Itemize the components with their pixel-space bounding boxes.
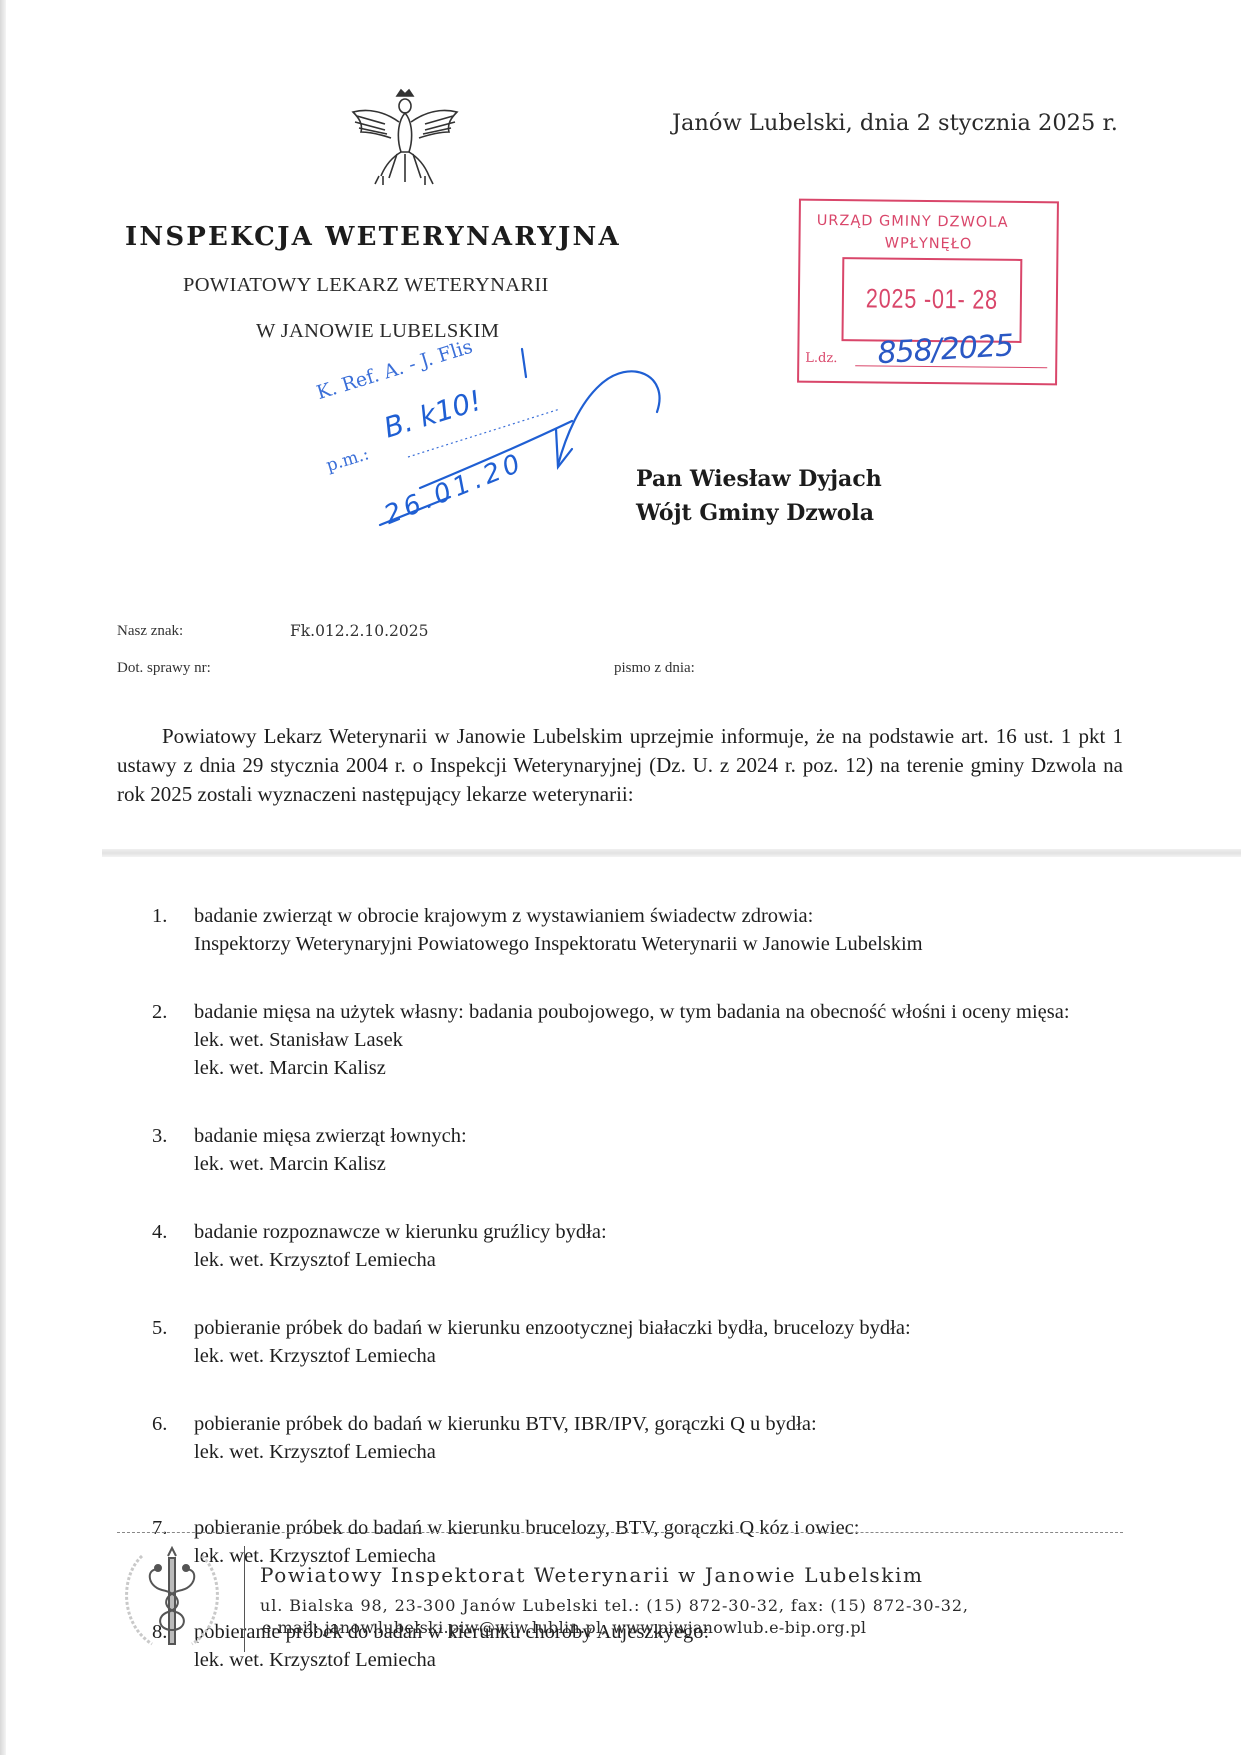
- routing-annotation: K. Ref. A. - J. Flis p.m.: B. k10! 26.01…: [300, 345, 680, 545]
- list-item-description: pobieranie próbek do badań w kierunku BT…: [194, 1410, 1130, 1438]
- list-item-description: badanie mięsa na użytek własny: badania …: [194, 998, 1130, 1026]
- scan-fold-line: [102, 849, 1241, 857]
- list-item-description: pobieranie próbek do badań w kierunku en…: [194, 1314, 1130, 1342]
- list-item-description: badanie zwierząt w obrocie krajowym z wy…: [194, 902, 1130, 930]
- assigned-veterinarian: lek. wet. Stanisław Lasek: [194, 1026, 1130, 1054]
- assigned-veterinarian: lek. wet. Krzysztof Lemiecha: [194, 1246, 1130, 1274]
- institution-title: INSPEKCJA WETERYNARYJNA: [125, 222, 621, 252]
- assignment-list: 1.badanie zwierząt w obrocie krajowym z …: [150, 862, 1130, 1674]
- footer-address: ul. Bialska 98, 23-300 Janów Lubelski te…: [260, 1596, 969, 1615]
- footer-divider: [244, 1546, 245, 1652]
- list-item: 4.badanie rozpoznawcze w kierunku gruźli…: [150, 1218, 1130, 1274]
- recipient-title: Wójt Gminy Dzwola: [636, 496, 882, 530]
- received-stamp: URZĄD GMINY DZWOLA WPŁYNĘŁO 2025 -01- 28…: [797, 199, 1059, 386]
- list-item: 3.badanie mięsa zwierząt łownych:lek. we…: [150, 1122, 1130, 1178]
- list-item-number: 1.: [152, 902, 167, 930]
- stamp-ldz-value: 858/2025: [876, 328, 1014, 371]
- assigned-veterinarian: lek. wet. Marcin Kalisz: [194, 1150, 1130, 1178]
- stamp-received-label: WPŁYNĘŁO: [800, 235, 1056, 254]
- list-item-description: badanie rozpoznawcze w kierunku gruźlicy…: [194, 1218, 1130, 1246]
- office-line-1: POWIATOWY LEKARZ WETERYNARII: [183, 274, 549, 297]
- letter-date-label: pismo z dnia:: [614, 660, 695, 677]
- list-item: 2.badanie mięsa na użytek własny: badani…: [150, 998, 1130, 1082]
- case-number-label: Dot. sprawy nr:: [117, 660, 211, 677]
- caduceus-wreath-logo-icon: [112, 1546, 232, 1651]
- footer-contact: e-mail: janow.lubelski.piw@wiw.lublin.pl…: [262, 1618, 866, 1637]
- stamp-office: URZĄD GMINY DZWOLA: [817, 213, 1009, 231]
- polish-eagle-emblem-icon: [345, 82, 465, 192]
- list-item-number: 6.: [152, 1410, 167, 1438]
- assigned-veterinarian: lek. wet. Krzysztof Lemiecha: [194, 1646, 1130, 1674]
- assigned-veterinarian: lek. wet. Krzysztof Lemiecha: [194, 1438, 1130, 1466]
- assigned-veterinarian: lek. wet. Krzysztof Lemiecha: [194, 1342, 1130, 1370]
- list-item: 1.badanie zwierząt w obrocie krajowym z …: [150, 902, 1130, 958]
- stamp-ldz-label: L.dz.: [805, 351, 837, 366]
- body-paragraph: Powiatowy Lekarz Weterynarii w Janowie L…: [117, 722, 1123, 809]
- stamp-date: 2025 -01- 28: [861, 283, 1002, 315]
- list-item: 6.pobieranie próbek do badań w kierunku …: [150, 1410, 1130, 1466]
- list-item-description: badanie mięsa zwierząt łownych:: [194, 1122, 1130, 1150]
- footer-organization: Powiatowy Inspektorat Weterynarii w Jano…: [260, 1563, 924, 1587]
- list-item-number: 7.: [152, 1514, 167, 1542]
- our-ref-value: Fk.012.2.10.2025: [290, 622, 428, 640]
- place-and-date: Janów Lubelski, dnia 2 stycznia 2025 r.: [672, 110, 1118, 136]
- list-item-number: 4.: [152, 1218, 167, 1246]
- our-ref-label: Nasz znak:: [117, 623, 183, 640]
- list-item-description: pobieranie próbek do badań w kierunku br…: [194, 1514, 1130, 1542]
- assigned-veterinarian: lek. wet. Marcin Kalisz: [194, 1054, 1130, 1082]
- recipient-block: Pan Wiesław Dyjach Wójt Gminy Dzwola: [636, 462, 882, 530]
- list-item: 7.pobieranie próbek do badań w kierunku …: [150, 1514, 1130, 1570]
- list-item: 5.pobieranie próbek do badań w kierunku …: [150, 1314, 1130, 1370]
- list-item-number: 3.: [152, 1122, 167, 1150]
- scan-edge: [0, 0, 6, 1755]
- list-item-number: 5.: [152, 1314, 167, 1342]
- assigned-veterinarian: Inspektorzy Weterynaryjni Powiatowego In…: [194, 930, 1130, 958]
- list-item-number: 2.: [152, 998, 167, 1026]
- footer-dashed-rule: [117, 1532, 1123, 1533]
- recipient-name: Pan Wiesław Dyjach: [636, 462, 882, 496]
